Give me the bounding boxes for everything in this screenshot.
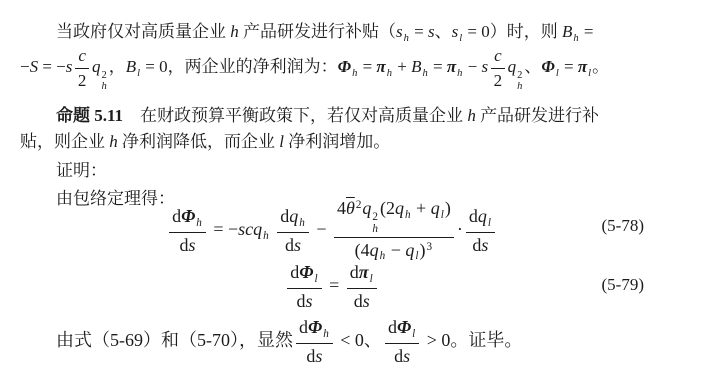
fraction: c2: [75, 45, 89, 91]
math-token: =: [429, 57, 447, 76]
math-token: s: [403, 346, 410, 366]
math-token: d: [469, 206, 478, 226]
math-token: π: [447, 57, 456, 76]
math-token: s: [481, 235, 488, 255]
math-token: d: [388, 317, 397, 337]
proposition-5-11-line-1: 命题 5.11 在财政预算平衡政策下，若仅对高质量企业 h 产品研发进行补: [20, 104, 644, 128]
math-token: ·: [457, 219, 463, 239]
book-page: 当政府仅对高质量企业 h 产品研发进行补贴（sh = s、sl = 0）时，则 …: [0, 0, 706, 371]
math-token: s: [428, 22, 435, 41]
math-token: 由式（5-69）和（5-70），显然: [56, 330, 293, 350]
fraction: dΦlds: [385, 316, 419, 367]
math-token: h: [262, 230, 270, 242]
math-token: s: [66, 57, 73, 76]
math-token: q: [478, 206, 487, 226]
math-token: h: [386, 68, 393, 79]
math-token: S: [30, 57, 39, 76]
math-token: π: [578, 57, 587, 76]
math-token: q: [370, 240, 379, 260]
equation-5-78-number: (5-78): [602, 197, 644, 255]
math-token: < 0、: [336, 330, 382, 350]
math-token: 净利润降低，而企业: [118, 132, 280, 151]
math-token: 证明：: [56, 161, 107, 180]
math-token: 当政府仅对高质量企业: [56, 22, 230, 41]
equation-5-78-body: dΦhds = −scqh dqhds − 4θ2q2h(2qh + ql)(4…: [166, 197, 498, 265]
math-token: =: [325, 275, 344, 295]
math-token: h: [404, 209, 412, 221]
math-token: −: [312, 219, 331, 239]
math-token: [270, 219, 275, 239]
fraction: dqhds: [277, 205, 309, 256]
math-token: l: [411, 328, 416, 340]
math-token: q: [362, 198, 371, 218]
subsidy-paragraph-line-2: −S = −sc2q2h，Bl = 0，两企业的净利润为：Φh = πh + B…: [20, 44, 644, 90]
math-token: ): [420, 240, 426, 260]
math-token: d: [350, 262, 359, 282]
proof-label: 证明：: [20, 159, 644, 183]
math-token: =: [580, 22, 594, 41]
equation-5-79: dΦlds = dπlds (5-79): [20, 258, 644, 312]
math-token: Φ: [181, 206, 195, 226]
math-token: 命题 5.11: [56, 106, 123, 125]
math-token: −: [463, 57, 481, 76]
math-token: Φ: [541, 57, 554, 76]
math-token: d: [290, 262, 299, 282]
sub-sup-stack: 2h: [372, 212, 378, 235]
math-token: s: [305, 291, 312, 311]
math-token: s: [396, 22, 403, 41]
math-token: π: [359, 262, 369, 282]
math-token: =: [358, 57, 376, 76]
math-token: > 0。证毕。: [422, 330, 522, 350]
math-token: ): [445, 198, 451, 218]
math-token: 产品研发进行补: [476, 106, 599, 125]
math-token: h: [322, 328, 330, 340]
fraction: 4θ2q2h(2qh + ql)(4qh − ql)3: [334, 197, 454, 264]
math-token: (2: [380, 198, 395, 218]
math-token: h: [195, 217, 203, 229]
math-token: d: [394, 346, 403, 366]
math-token: h: [109, 132, 118, 151]
math-token: 2: [494, 71, 503, 90]
math-token: B: [411, 57, 421, 76]
math-token: Φ: [397, 317, 411, 337]
math-token: 3: [426, 241, 434, 253]
proposition-5-11-line-2: 贴，则企业 h 净利润降低，而企业 l 净利润增加。: [20, 130, 644, 154]
math-token: c: [78, 46, 86, 65]
fraction: c2: [491, 45, 505, 91]
math-token: d: [280, 206, 289, 226]
fraction: dΦlds: [287, 261, 321, 312]
math-token: 在财政预算平衡政策下，若仅对高质量企业: [123, 106, 467, 125]
math-token: +: [393, 57, 411, 76]
fraction: dΦhds: [169, 205, 206, 256]
math-token: s: [294, 235, 301, 255]
math-token: l: [487, 217, 492, 229]
conclusion-line: 由式（5-69）和（5-70），显然dΦhds < 0、dΦlds > 0。证毕…: [20, 314, 644, 366]
math-token: s: [188, 235, 195, 255]
fraction: dqlds: [466, 205, 495, 256]
math-token: s: [481, 57, 488, 76]
math-token: =: [560, 57, 578, 76]
math-token: =: [410, 22, 428, 41]
math-token: 2: [78, 71, 87, 90]
math-token: h: [403, 33, 410, 44]
math-token: h: [298, 217, 306, 229]
math-token: d: [285, 235, 294, 255]
math-token: Φ: [338, 57, 351, 76]
math-token: h: [421, 68, 428, 79]
math-token: 4: [337, 198, 346, 218]
math-token: h: [572, 33, 579, 44]
math-token: π: [376, 57, 385, 76]
math-token: h: [467, 106, 476, 125]
math-token: 贴，则企业: [20, 132, 109, 151]
sub-sup-stack: 2h: [101, 70, 106, 92]
math-token: 净利润增加。: [284, 132, 390, 151]
math-token: h: [230, 22, 239, 41]
math-token: = −: [38, 57, 66, 76]
fraction: dπlds: [347, 261, 377, 312]
math-token: 、: [524, 57, 541, 76]
sub-sup-stack: 2h: [517, 70, 522, 92]
math-token: Φ: [308, 317, 322, 337]
math-token: −: [20, 57, 30, 76]
math-token: s: [315, 346, 322, 366]
math-token: 、: [435, 22, 452, 41]
math-token: 。: [592, 57, 609, 76]
math-token: s: [363, 291, 370, 311]
math-token: q: [508, 57, 517, 76]
math-token: l: [314, 273, 319, 285]
math-token: B: [126, 57, 136, 76]
math-token: l: [369, 273, 374, 285]
math-token: q: [289, 206, 298, 226]
math-token: q: [92, 57, 101, 76]
math-token: q: [431, 198, 440, 218]
math-token: d: [299, 317, 308, 337]
math-token: = 0，两企业的净利润为：: [141, 57, 338, 76]
math-token: ，: [109, 57, 126, 76]
equation-5-78: dΦhds = −scqh dqhds − 4θ2q2h(2qh + ql)(4…: [20, 197, 644, 255]
math-token: scq: [238, 219, 262, 239]
math-token: d: [172, 206, 181, 226]
math-token: d: [472, 235, 481, 255]
fraction: dΦhds: [296, 316, 333, 367]
math-token: q: [395, 198, 404, 218]
equation-5-79-body: dΦlds = dπlds: [284, 258, 379, 313]
math-token: θ: [346, 198, 355, 218]
equation-5-79-number: (5-79): [602, 258, 644, 312]
math-token: −: [386, 240, 405, 260]
math-token: d: [354, 291, 363, 311]
math-token: 产品研发进行补贴（: [239, 22, 396, 41]
math-token: (4: [355, 240, 370, 260]
math-token: c: [494, 46, 502, 65]
math-token: Φ: [299, 262, 313, 282]
math-token: B: [562, 22, 572, 41]
math-token: = 0）时，则: [463, 22, 562, 41]
math-token: +: [412, 198, 431, 218]
math-token: = −: [209, 219, 238, 239]
